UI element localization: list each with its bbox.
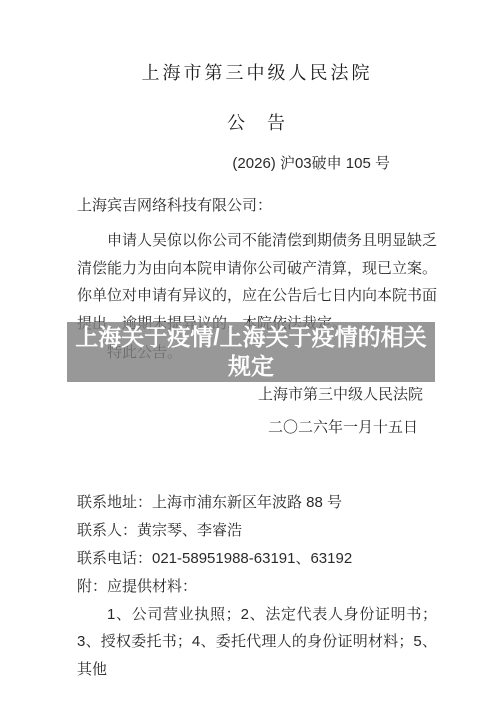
contact-phone: 联系电话：021-58951988-63191、63192 [77,545,437,573]
attachment-items: 1、公司营业执照；2、法定代表人身份证明书；3、授权委托书；4、委托代理人的身份… [77,601,437,684]
announcement-page: 上海市第三中级人民法院 公 告 (2026) 沪03破申 105 号 上海宾吉网… [0,0,500,706]
signature-court-name: 上海市第三中级人民法院 [77,381,437,409]
announcement-body-paragraph: 申请人吴倞以你公司不能清偿到期债务且明显缺乏清偿能力为由向本院申请你公司破产清算… [77,227,437,337]
contact-block: 联系地址：上海市浦东新区年波路 88 号 联系人：黄宗琴、李睿浩 联系电话：02… [77,489,437,684]
court-title: 上海市第三中级人民法院 [77,60,437,86]
case-number: (2026) 沪03破申 105 号 [77,150,437,178]
contact-address: 联系地址：上海市浦东新区年波路 88 号 [77,489,437,517]
attachment-label: 附：应提供材料： [77,573,437,601]
document-type-heading: 公 告 [77,110,437,136]
contact-persons: 联系人：黄宗琴、李睿浩 [77,517,437,545]
addressee-line: 上海宾吉网络科技有限公司： [77,192,437,220]
overlay-caption-banner: 上海关于疫情/上海关于疫情的相关规定 [67,322,435,382]
document-date: 二〇二六年一月十五日 [77,414,437,442]
